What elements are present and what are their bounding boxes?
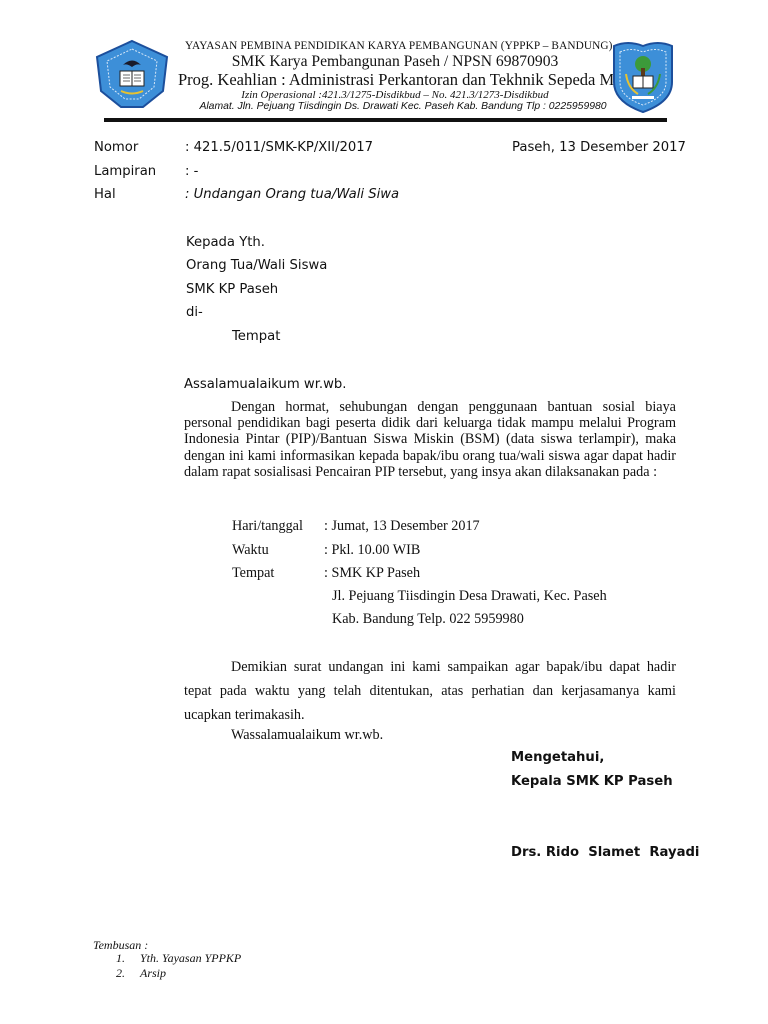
recipient-line: SMK KP Paseh xyxy=(186,282,278,297)
meta-label-hal: Hal xyxy=(94,187,116,202)
signature-acknowledged: Mengetahui, xyxy=(511,750,604,765)
tut-wuri-handayani-emblem-icon xyxy=(93,39,171,109)
body-paragraph-2: Demikian surat undangan ini kami sampaik… xyxy=(184,655,676,727)
body-paragraph-1: Dengan hormat, sehubungan dengan penggun… xyxy=(184,399,676,480)
signature-title: Kepala SMK KP Paseh xyxy=(511,774,673,789)
copies-item-number: 1. xyxy=(116,951,125,966)
operational-license: Izin Operasional :421.3/1275-Disdikbud –… xyxy=(185,89,605,101)
meta-label-lampiran: Lampiran xyxy=(94,164,156,179)
meta-value-lampiran: : - xyxy=(185,164,198,179)
detail-place-phone: Kab. Bandung Telp. 022 5959980 xyxy=(332,611,524,628)
greeting: Assalamualaikum wr.wb. xyxy=(184,377,346,392)
detail-value-time: : Pkl. 10.00 WIB xyxy=(324,542,420,559)
foundation-name: YAYASAN PEMBINA PENDIDIKAN KARYA PEMBANG… xyxy=(185,40,605,52)
program-expertise: Prog. Keahlian : Administrasi Perkantora… xyxy=(178,70,614,90)
detail-label-time: Waktu xyxy=(232,542,269,559)
paragraph-text: Dengan hormat, sehubungan dengan penggun… xyxy=(184,399,676,480)
letterhead-divider xyxy=(104,118,667,122)
detail-value-day-date: : Jumat, 13 Desember 2017 xyxy=(324,518,480,535)
detail-value-place: : SMK KP Paseh xyxy=(324,565,420,582)
meta-value-nomor: : 421.5/011/SMK-KP/XII/2017 xyxy=(185,140,373,155)
paragraph-text: Demikian surat undangan ini kami sampaik… xyxy=(184,655,676,727)
letter-date: Paseh, 13 Desember 2017 xyxy=(512,140,686,155)
school-name: SMK Karya Pembangunan Paseh / NPSN 69870… xyxy=(185,53,605,71)
detail-place-address: Jl. Pejuang Tiisdingin Desa Drawati, Kec… xyxy=(332,588,607,605)
copies-item: Arsip xyxy=(140,966,166,981)
copies-item: Yth. Yayasan YPPKP xyxy=(140,951,241,966)
detail-label-day-date: Hari/tanggal xyxy=(232,518,303,535)
school-address: Alamat. Jln. Pejuang Tiisdingin Ds. Draw… xyxy=(188,101,618,112)
school-shield-emblem-icon xyxy=(608,38,678,114)
recipient-line: di- xyxy=(186,305,203,320)
recipient-line: Tempat xyxy=(232,329,280,344)
meta-label-nomor: Nomor xyxy=(94,140,138,155)
closing-salutation: Wassalamualaikum wr.wb. xyxy=(231,727,383,744)
copies-item-number: 2. xyxy=(116,966,125,981)
recipient-line: Kepada Yth. xyxy=(186,235,265,250)
detail-label-place: Tempat xyxy=(232,565,274,582)
meta-value-hal: : Undangan Orang tua/Wali Siwa xyxy=(185,187,399,202)
recipient-line: Orang Tua/Wali Siswa xyxy=(186,258,327,273)
signatory-name: Drs. Rido Slamet Rayadi xyxy=(511,845,699,860)
